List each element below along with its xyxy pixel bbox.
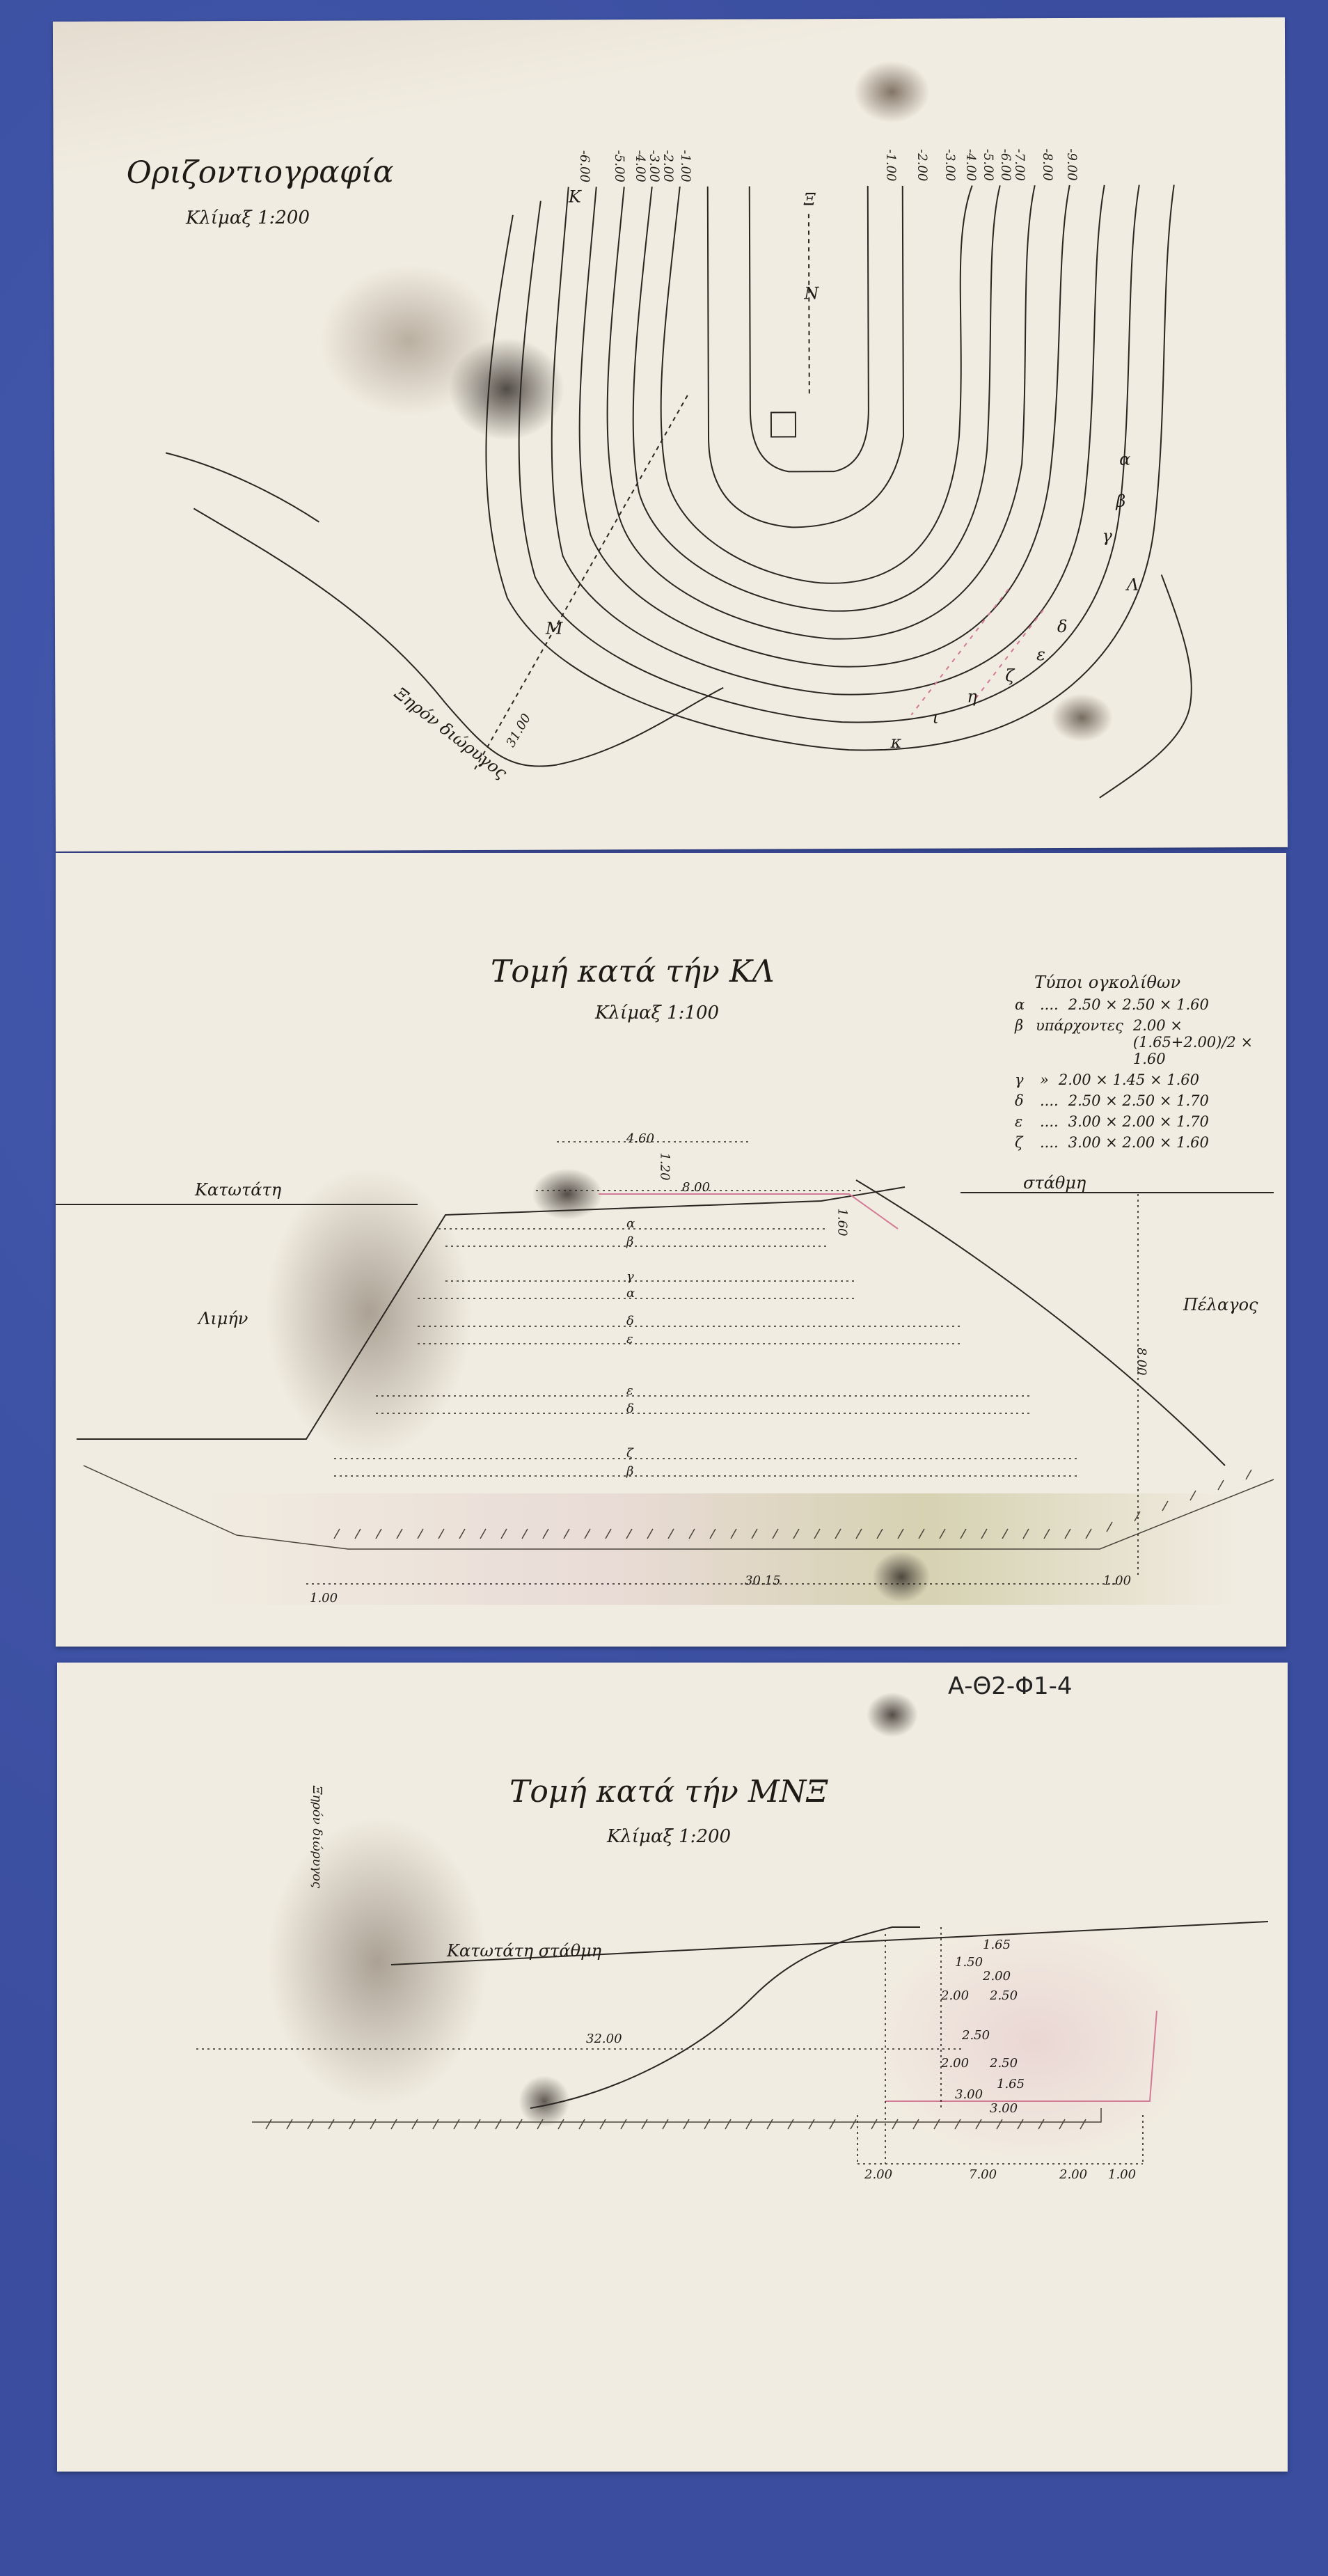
block-dim: 2.00	[983, 1969, 1011, 1984]
block-row-label: β	[626, 1234, 633, 1249]
plan-scale: Κλίμαξ 1:200	[186, 207, 310, 229]
block-row-label: α	[626, 1216, 635, 1231]
block-row-label: δ	[626, 1314, 634, 1328]
sheet-section-mnx: Α-Θ2-Φ1-4 Τομή κατά τήν ΜΝΞ Κλίμαξ 1:200…	[57, 1663, 1288, 2472]
block-row-label: β	[626, 1464, 633, 1479]
label-sea: Πέλαγος	[1183, 1295, 1258, 1314]
dim-width: 8.00	[682, 1180, 710, 1195]
block-dim: 1.50	[955, 1955, 983, 1970]
block-dim: 3.00	[955, 2087, 983, 2102]
dim-top-vertical: 1.20	[658, 1152, 672, 1180]
block-letter: α	[1119, 450, 1130, 469]
dim-block-height: 1.60	[835, 1208, 850, 1236]
contour-label: -6.00	[577, 150, 592, 182]
block-dim: 2.50	[990, 1988, 1018, 2003]
block-letter: δ	[1057, 617, 1068, 636]
legend-row: ε....3.00 × 2.00 × 1.70	[1015, 1113, 1286, 1130]
block-dim: 2.00	[941, 2056, 969, 2071]
dim-bottom: 7.00	[969, 2167, 997, 2182]
legend-row: δ....2.50 × 2.50 × 1.70	[1015, 1092, 1286, 1109]
legend-title: Τύποι ογκολίθων	[1034, 973, 1286, 992]
block-row-label: δ	[626, 1401, 634, 1416]
block-dim: 3.00	[990, 2101, 1018, 2116]
block-dim: 2.50	[990, 2056, 1018, 2071]
block-types-legend: Τύποι ογκολίθων α....2.50 × 2.50 × 1.60 …	[1015, 973, 1286, 1151]
sheet-section-kl: Τομή κατά τήν ΚΛ Κλίμαξ 1:100 Τύποι ογκο…	[56, 853, 1286, 1647]
block-letter: β	[1116, 492, 1125, 511]
dim-bottom: 1.00	[1108, 2167, 1136, 2182]
dim-bottom: 30.15	[745, 1573, 781, 1588]
block-letter: η	[967, 686, 977, 706]
section-letter-k: Κ	[569, 187, 581, 206]
plan-drawing	[53, 17, 1288, 851]
contour-label: -3.00	[942, 149, 957, 181]
archive-code: Α-Θ2-Φ1-4	[948, 1672, 1072, 1700]
legend-row: γ»2.00 × 1.45 × 1.60	[1015, 1071, 1286, 1088]
legend-row: βυπάρχοντες2.00 × (1.65+2.00)/2 × 1.60	[1015, 1017, 1286, 1067]
block-row-label: ζ	[626, 1446, 633, 1461]
label-lowest: Κατωτάτη	[195, 1180, 281, 1200]
section-letter-l: Λ	[1127, 575, 1139, 595]
contour-label: -1.00	[883, 149, 898, 181]
block-dim: 1.65	[983, 1938, 1011, 1952]
block-row-label: α	[626, 1286, 635, 1301]
block-row-label: ε	[626, 1383, 633, 1398]
section-letter-n: Ν	[804, 283, 819, 303]
contour-label: -4.00	[963, 149, 978, 181]
block-letter: ι	[932, 708, 939, 728]
dim-length: 32.00	[586, 2032, 622, 2046]
label-harbour: Λιμήν	[198, 1309, 248, 1328]
dim-bottom-left: 1.00	[310, 1591, 338, 1605]
block-letter: ζ	[1005, 666, 1014, 685]
dim-bottom: 2.00	[864, 2167, 892, 2182]
label-lowest-level: Κατωτάτη στάθμη	[447, 1941, 601, 1961]
block-row-label: ε	[626, 1332, 633, 1346]
contour-label: -2.00	[915, 149, 929, 181]
contour-label: -8.00	[1040, 148, 1054, 180]
side-label: Ξηρόν διώρυγος	[310, 1786, 324, 1888]
block-letter: γ	[1102, 526, 1112, 546]
section-mnx-scale: Κλίμαξ 1:200	[607, 1826, 731, 1847]
label-level: στάθμη	[1023, 1173, 1086, 1193]
contour-label: -7.00	[1012, 149, 1027, 181]
dim-bottom-right: 1.00	[1103, 1573, 1131, 1588]
section-letter-m: Μ	[546, 619, 563, 638]
section-mnx-title: Τομή κατά τήν ΜΝΞ	[509, 1774, 828, 1809]
block-dim: 1.65	[997, 2077, 1025, 2091]
block-letter: κ	[890, 732, 901, 752]
legend-row: α....2.50 × 2.50 × 1.60	[1015, 996, 1286, 1013]
contour-label: -5.00	[981, 149, 995, 181]
sheet-plan: Οριζοντιογραφία Κλίμαξ 1:200 Κ Λ Μ Ν Ξ -…	[53, 17, 1288, 851]
contour-label: -6.00	[998, 149, 1013, 181]
contour-label: -5.00	[612, 150, 626, 182]
contour-label: -4.00	[633, 150, 647, 182]
plan-title: Οριζοντιογραφία	[127, 154, 394, 190]
block-dim: 2.50	[962, 2028, 990, 2043]
section-kl-title: Τομή κατά τήν ΚΛ	[491, 954, 774, 989]
contour-label: -3.00	[647, 150, 661, 182]
section-kl-scale: Κλίμαξ 1:100	[595, 1003, 719, 1023]
dim-top: 4.60	[626, 1131, 654, 1146]
dim-bottom: 2.00	[1059, 2167, 1087, 2182]
block-row-label: γ	[626, 1269, 634, 1284]
contour-label: -1.00	[678, 150, 693, 182]
dim-height: 8.00	[1135, 1347, 1149, 1375]
block-letter: ε	[1036, 645, 1045, 664]
section-letter-x: Ξ	[804, 189, 816, 209]
contour-label: -2.00	[661, 150, 675, 182]
legend-row: ζ....3.00 × 2.00 × 1.60	[1015, 1134, 1286, 1151]
block-dim: 2.00	[941, 1988, 969, 2003]
contour-label: -9.00	[1064, 148, 1079, 180]
